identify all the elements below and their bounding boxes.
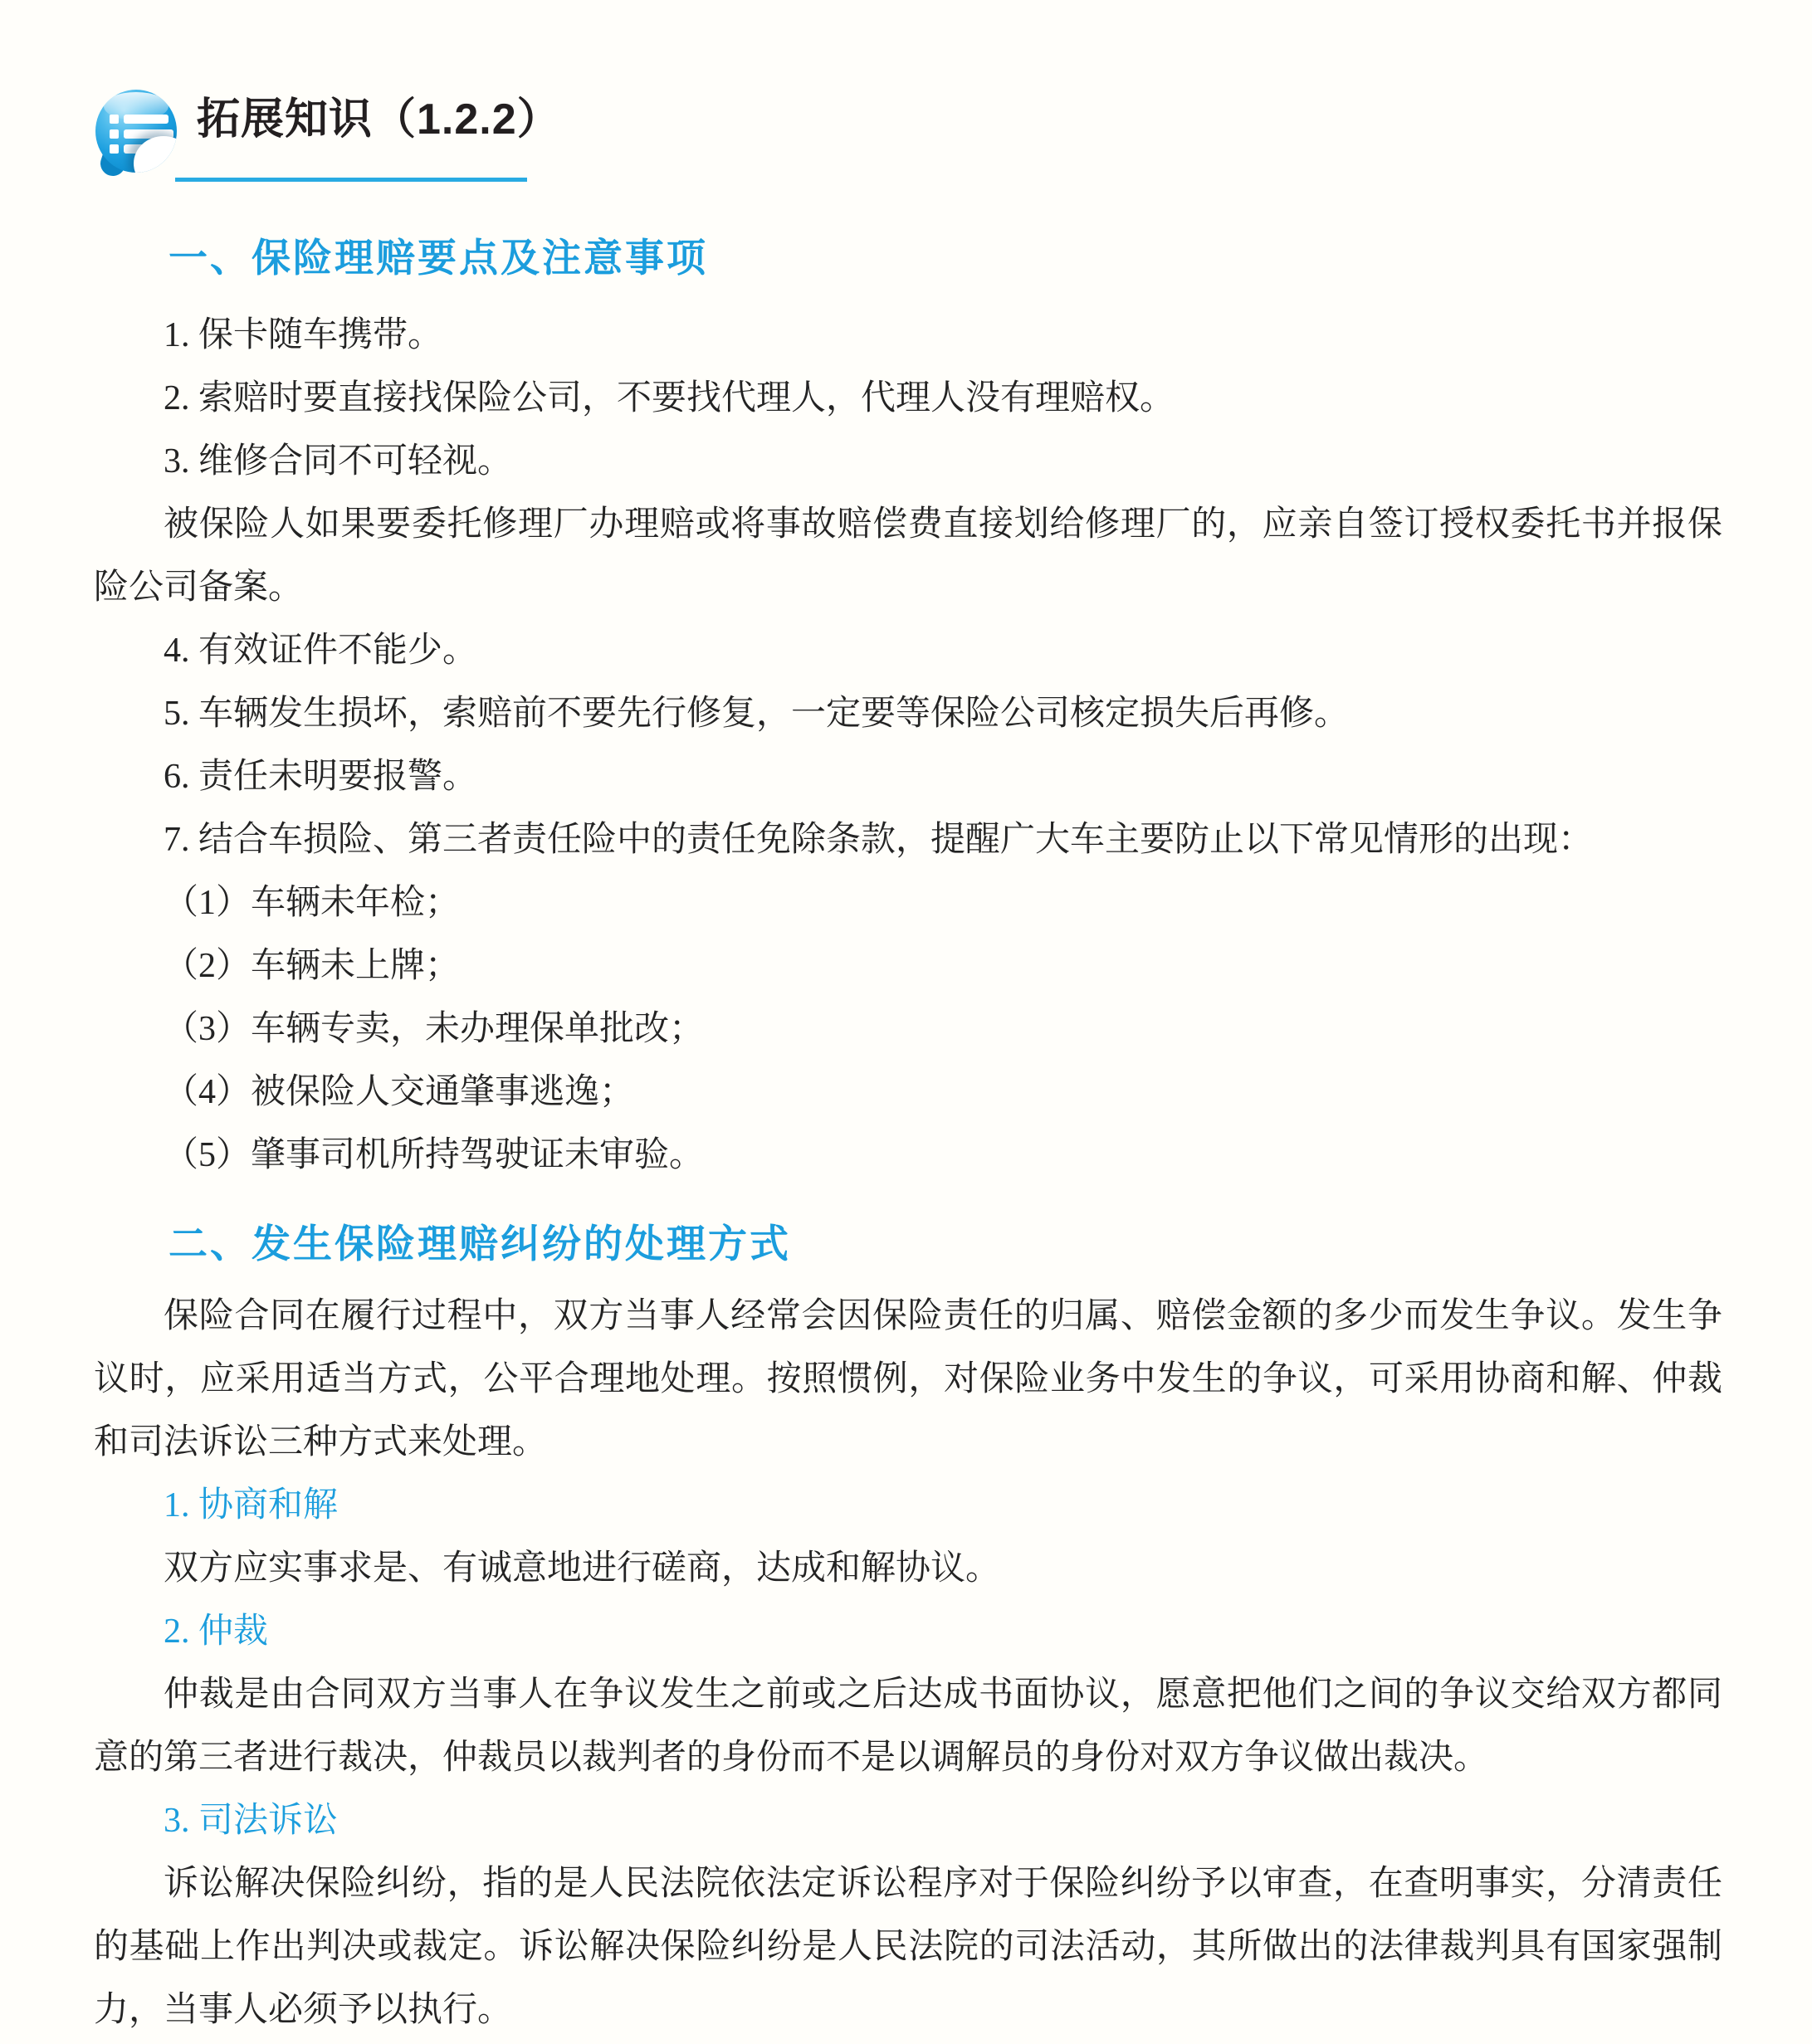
list-item: （5）肇事司机所持驾驶证未审验。 xyxy=(94,1124,1722,1187)
page: 拓展知识（1.2.2） 一、保险理赔要点及注意事项 1. 保卡随车携带。 2. … xyxy=(0,0,1812,2044)
section-two-subsections: 1. 协商和解 双方应实事求是、有诚意地进行磋商，达成和解协议。 2. 仲裁 仲… xyxy=(94,1474,1722,2042)
subsection-body: 诉讼解决保险纠纷，指的是人民法院依法定诉讼程序对于保险纠纷予以审查，在查明事实，… xyxy=(94,1852,1722,2042)
icon-bullet xyxy=(110,129,119,139)
subsection-body: 仲裁是由合同双方当事人在争议发生之前或之后达成书面协议，愿意把他们之间的争议交给… xyxy=(94,1663,1722,1789)
list-item: （4）被保险人交通肇事逃逸； xyxy=(94,1061,1722,1124)
list-item: 被保险人如果要委托修理厂办理赔或将事故赔偿费直接划给修理厂的，应亲自签订授权委托… xyxy=(94,493,1722,619)
title-underline xyxy=(175,178,527,182)
list-item: 6. 责任未明要报警。 xyxy=(94,745,1722,808)
section-one-list: 1. 保卡随车携带。 2. 索赔时要直接找保险公司，不要找代理人，代理人没有理赔… xyxy=(94,304,1722,1187)
subsection-title: 2. 仲裁 xyxy=(94,1600,1722,1663)
knowledge-list-bubble-icon xyxy=(95,90,178,176)
icon-bubble xyxy=(95,90,177,173)
page-title: 拓展知识（1.2.2） xyxy=(197,95,561,144)
list-item: （1）车辆未年检； xyxy=(94,871,1722,934)
list-item: 1. 保卡随车携带。 xyxy=(94,304,1722,367)
icon-bullet xyxy=(110,144,119,154)
icon-bullet xyxy=(110,115,119,124)
section-one-heading: 一、保险理赔要点及注意事项 xyxy=(94,234,1722,282)
subsection-title: 1. 协商和解 xyxy=(94,1474,1722,1537)
icon-page-curl xyxy=(134,136,177,173)
list-item: 2. 索赔时要直接找保险公司，不要找代理人，代理人没有理赔权。 xyxy=(94,367,1722,430)
list-item: 4. 有效证件不能少。 xyxy=(94,619,1722,682)
section-two-heading: 二、发生保险理赔纠纷的处理方式 xyxy=(94,1220,1722,1268)
header: 拓展知识（1.2.2） xyxy=(94,86,1722,188)
subsection-title: 3. 司法诉讼 xyxy=(94,1789,1722,1852)
list-item: 3. 维修合同不可轻视。 xyxy=(94,430,1722,493)
icon-bar xyxy=(124,115,169,124)
subsection-body: 双方应实事求是、有诚意地进行磋商，达成和解协议。 xyxy=(94,1537,1722,1600)
list-item: （2）车辆未上牌； xyxy=(94,934,1722,998)
section-two-intro: 保险合同在履行过程中，双方当事人经常会因保险责任的归属、赔偿金额的多少而发生争议… xyxy=(94,1285,1722,1474)
list-item: （3）车辆专卖，未办理保单批改； xyxy=(94,998,1722,1061)
list-item: 7. 结合车损险、第三者责任险中的责任免除条款，提醒广大车主要防止以下常见情形的… xyxy=(94,808,1722,871)
list-item: 5. 车辆发生损坏，索赔前不要先行修复，一定要等保险公司核定损失后再修。 xyxy=(94,682,1722,745)
